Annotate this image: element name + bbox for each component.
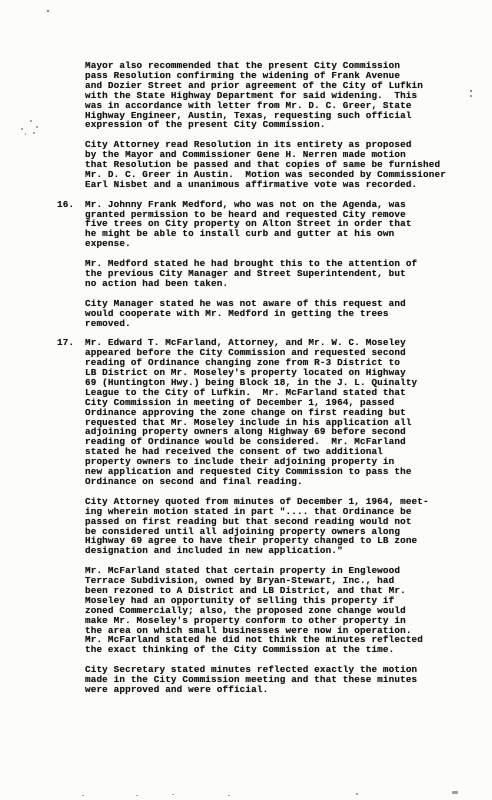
paragraph-city-attorney-quote: City Attorney quoted from minutes of Dec… xyxy=(85,497,467,556)
scanned-minutes-page: Mayor also recommended that the present … xyxy=(0,0,492,800)
paragraph-mcfarland-englewood: Mr. McFarland stated that certain proper… xyxy=(85,566,467,655)
agenda-item-number: 17. xyxy=(57,338,74,348)
minutes-text-column: Mayor also recommended that the present … xyxy=(85,61,467,705)
scan-speckle xyxy=(136,795,138,796)
scan-speckle xyxy=(47,10,49,12)
paragraph-medford-request: Mr. Johnny Frank Medford, who was not on… xyxy=(85,200,467,250)
scan-speckle xyxy=(36,126,38,128)
scan-speckle xyxy=(470,95,472,97)
scan-speckle xyxy=(21,128,23,130)
scan-speckle xyxy=(356,793,358,795)
agenda-item-17: 17. Mr. Edward T. McFarland, Attorney, a… xyxy=(85,338,467,695)
agenda-item-body: Mr. Edward T. McFarland, Attorney, and M… xyxy=(85,338,467,695)
agenda-item-16: 16. Mr. Johnny Frank Medford, who was no… xyxy=(85,200,467,329)
scan-speckle xyxy=(452,791,458,794)
scan-speckle xyxy=(33,132,35,134)
paragraph-mayor-recommendation: Mayor also recommended that the present … xyxy=(85,61,467,130)
agenda-item-body: Mr. Johnny Frank Medford, who was not on… xyxy=(85,200,467,329)
agenda-item-number: 16. xyxy=(57,200,74,210)
paragraph-mcfarland-zone-request: Mr. Edward T. McFarland, Attorney, and M… xyxy=(85,338,467,487)
scan-speckle xyxy=(82,795,84,796)
scan-speckle xyxy=(172,794,174,795)
paragraph-city-manager-response: City Manager stated he was not aware of … xyxy=(85,299,467,329)
scan-speckle xyxy=(470,90,472,92)
scan-speckle xyxy=(30,120,32,122)
scan-speckle xyxy=(25,133,26,135)
paragraph-medford-prior-attention: Mr. Medford stated he had brought this t… xyxy=(85,259,467,289)
paragraph-resolution-motion: City Attorney read Resolution in its ent… xyxy=(85,140,467,190)
paragraph-city-secretary-statement: City Secretary stated minutes reflected … xyxy=(85,665,467,695)
scan-speckle xyxy=(228,795,230,796)
